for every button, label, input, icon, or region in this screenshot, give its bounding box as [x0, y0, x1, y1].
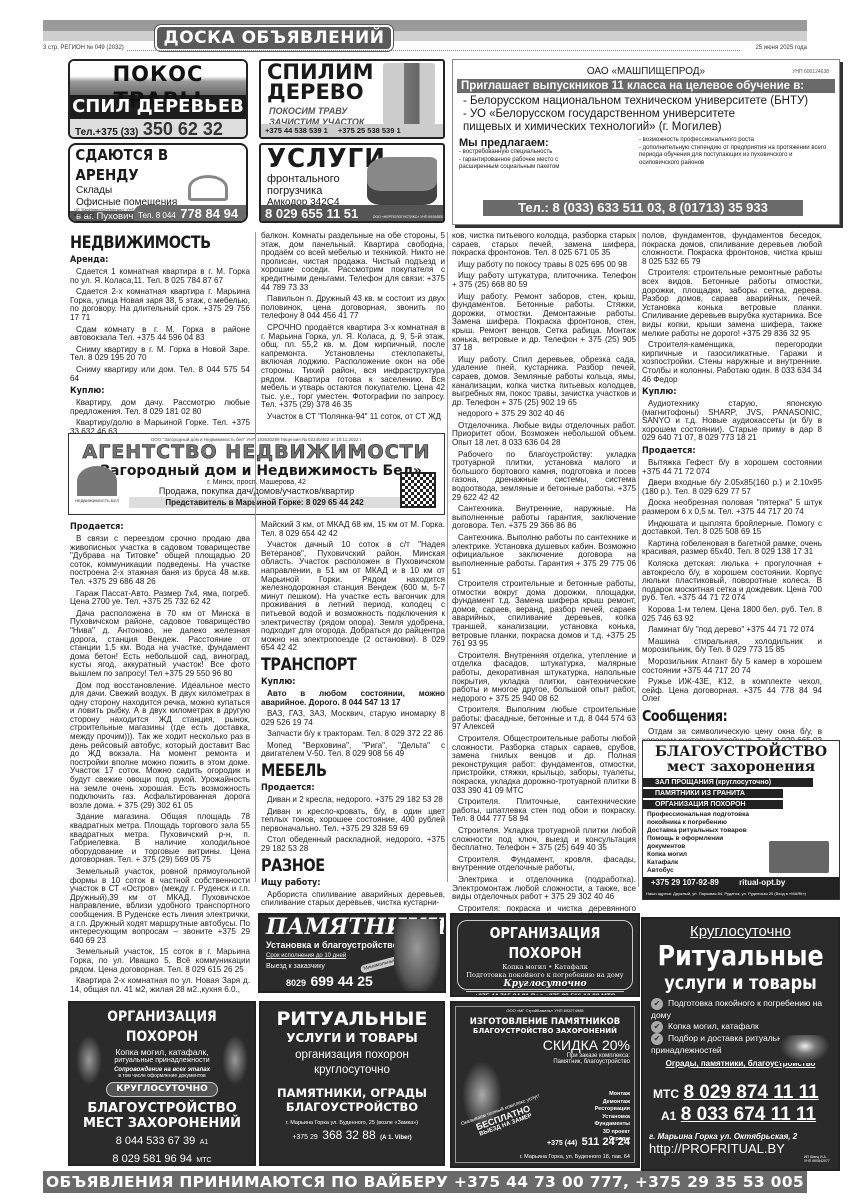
ad-rit2-phone2-row: А1 8 033 674 11 11	[643, 1104, 838, 1126]
listing: Диван и 2 кресла, недорого. +375 29 182 …	[261, 796, 445, 805]
ad-rit2-item: Подготовка покойного к погребению на дом…	[651, 998, 830, 1021]
listing: Строителя. Общестроительные работы любой…	[452, 735, 636, 795]
ad-uslugi-phone: 8 029 655 11 51	[265, 206, 358, 221]
subsection-prodaetsya: Продается:	[261, 783, 427, 794]
ad-op2-phone1: 8 044 533 67 39	[116, 1135, 196, 1147]
listing: Запчасти б/у к тракторам. Тел. 8 029 372…	[261, 730, 445, 739]
column-divider	[447, 232, 448, 882]
column-1-bottom: Продается: В связи с переездом срочно пр…	[70, 521, 250, 997]
ad-op1-phones: +375 44 715 84 91 Вел +375 29 566 12 98 …	[466, 991, 624, 997]
listing: ВАЗ, ГАЗ, ЗАЗ, Москвич, старую иномарку …	[261, 710, 445, 727]
listing: Строителя. Выполним любые строительные р…	[452, 706, 636, 732]
ad-op2-badge: КРУГЛОСУТОЧНО	[106, 1082, 218, 1097]
ad-izg-phone: 511 24 24	[582, 1136, 630, 1148]
ad-op2-title2a: БЛАГОУСТРОЙСТВО	[70, 1101, 254, 1116]
ad-blag-address: Наши адреса: Дружный, ул. Парковая 84, Р…	[643, 889, 839, 899]
ad-izg-service: Фундаменты	[595, 1121, 630, 1129]
ad-op2-op1: А1	[200, 1139, 209, 1146]
subsection-kuplyu: Куплю:	[642, 387, 804, 398]
listing: Диван и кресло-кровать, б/у, в один цвет…	[261, 808, 445, 834]
ad-mash-offer-left-1: - гарантированное рабочее место с расшир…	[459, 157, 589, 172]
listing: Павильон п. Дружный 43 кв. м состоит из …	[261, 295, 445, 321]
listing: Дача расположена в 70 км от Минска в Пух…	[70, 610, 250, 679]
ad-rit2-top: Круглосуточно	[643, 923, 838, 940]
ad-pamyatniki-phone: 699 44 25	[310, 973, 372, 989]
ad-blag-item: Автобус	[647, 867, 759, 875]
ad-pokos-line2: СПИЛ ДЕРЕВЬЕВ	[70, 95, 246, 119]
listing: Сдается 2-х комнатная квартира г. Марьин…	[70, 288, 250, 322]
ad-rit2-op1: МТС	[653, 1087, 679, 1101]
ad-organizaciya-pohoron-2: ОРГАНИЗАЦИЯ ПОХОРОН Копка могил, катафал…	[68, 1001, 256, 1166]
issue-label: 3 стр. РЕГИОН № 049 (2032)	[43, 45, 126, 51]
listing: Здание магазина. Общая площадь 78 квадра…	[70, 813, 250, 865]
listing: Строителя. Укладка тротуарной плитки люб…	[452, 827, 636, 853]
column-divider	[255, 232, 256, 882]
listing: Отделочника. Любые виды отделочных работ…	[452, 422, 636, 448]
listing: ков, чистка питьевого колодца, разборка …	[452, 232, 636, 258]
listing: Сниму квартиру в г. М. Горка в Новой Зар…	[70, 346, 250, 363]
listing: Ищу работу. Ремонт заборов, стен, крыш, …	[452, 293, 636, 353]
ad-rit2-item: Копка могил, катафалк	[651, 1021, 830, 1033]
candle-image	[780, 1035, 830, 1063]
listing: Строителя строительные и бетонные работы…	[452, 580, 636, 649]
ad-arenda: СДАЮТСЯ В АРЕНДУ Склады Офисные помещени…	[68, 143, 248, 223]
ad-blag-band3: ОРГАНИЗАЦИЯ ПОХОРОН	[643, 800, 783, 809]
section-title-mebel: МЕБЕЛЬ	[261, 762, 417, 781]
ad-uslugi-line2: погрузчика	[267, 185, 322, 197]
ad-rit1-line3: ПАМЯТНИКИ, ОГРАДЫ	[261, 1086, 443, 1100]
listing: Сниму квартиру или дом. Тел. 8 044 575 5…	[70, 366, 250, 383]
keys-icon	[188, 175, 228, 201]
listing: Участок дачный 10 соток в с/т "Надея Вет…	[261, 541, 445, 653]
ad-rit2-phone1: 8 029 874 11 11	[683, 1082, 818, 1103]
issue-date: 25 июня 2025 года	[753, 45, 807, 51]
ad-izg-phone-prefix: +375 (44)	[547, 1140, 577, 1147]
ad-spilim-phone2: +375 25 538 539 1	[338, 126, 401, 135]
ad-ritualnye-2: Круглосуточно Ритуальные услуги и товары…	[641, 917, 840, 1171]
page-title: ДОСКА ОБЪЯВЛЕНИЙ	[155, 25, 393, 51]
ad-pamyatniki: ПАМЯТНИКИ Установка и благоустройство Ср…	[258, 913, 446, 993]
ad-rit1-sub: УСЛУГИ И ТОВАРЫ	[261, 1031, 443, 1045]
ad-op2-phone2-row: 8 029 581 96 94 МТС	[70, 1149, 254, 1166]
angel-right-image	[222, 1035, 248, 1085]
listing: Ищу работу штукатура, плиточника. Телефо…	[452, 272, 636, 289]
footer-banner: ОБЪЯВЛЕНИЯ ПРИНИМАЮТСЯ ПО ВАЙБЕРУ +375 4…	[43, 1171, 807, 1193]
ad-op1-title: ОРГАНИЗАЦИЯ ПОХОРОН	[466, 923, 624, 963]
subsection-prodaetsya: Продается:	[642, 446, 804, 457]
ad-izg-service: Ресторвация	[595, 1106, 630, 1114]
ad-rit2-title: Ритуальные	[658, 940, 824, 972]
ad-izg-service: Монтаж	[595, 1091, 630, 1099]
ad-ritualnye-1: РИТУАЛЬНЫЕ УСЛУГИ И ТОВАРЫ организация п…	[259, 1001, 445, 1166]
ad-rit1-phone-suffix: (А 1. Viber)	[380, 1135, 412, 1141]
section-title-raznoe: РАЗНОЕ	[261, 857, 417, 876]
ad-rit2-unp: ИП Швец И.А. УНП 690842077	[804, 1155, 834, 1163]
column-4: полов, фундаментов, фундаментов беседок,…	[642, 232, 822, 777]
ad-spilim-phones: +375 44 538 539 1 +375 25 538 539 1	[261, 124, 443, 137]
ad-blag-items: Профессиональная подготовка покойника к …	[643, 809, 763, 877]
listing: В связи с переездом срочно продаю два жи…	[70, 535, 250, 587]
ad-blag-band1: ЗАЛ ПРОЩАНИЯ (круглосуточно)	[643, 778, 813, 787]
listing: недорого + 375 29 302 40 46	[452, 410, 636, 419]
column-divider	[638, 232, 639, 887]
ad-pokos-phone: 350 62 32	[143, 119, 223, 139]
ad-op2-title: ОРГАНИЗАЦИЯ ПОХОРОН	[79, 1007, 245, 1047]
ad-agency-address: г. Минск, просп. Машерова, 42	[69, 479, 444, 486]
angel-image	[394, 919, 440, 991]
ad-rit1-line2: круглосуточно	[261, 1063, 443, 1078]
ad-spilim-line2: ДЕРЕВО	[267, 81, 364, 103]
ad-blag-site: ritual-opt.by	[739, 878, 785, 887]
ad-rit2-site: http://PROFRITUAL.BY	[643, 1141, 838, 1156]
listing: Майский 3 км, от МКАД 68 км, 15 км от М.…	[261, 521, 445, 538]
listing: Стол обеденный раскладной, недорого. +37…	[261, 836, 445, 853]
listing: Сдам комнату в г. М. Горка в районе авто…	[70, 326, 250, 343]
listing: Квартиру, дом дачу. Рассмотрю любые пред…	[70, 399, 250, 416]
ad-pokos-phone-prefix: Тел.+375 (33)	[75, 127, 138, 138]
ad-blag-band2: ПАМЯТНИКИ ИЗ ГРАНИТА	[643, 789, 783, 798]
listing: Корова 1-м телем. Цена 1800 бел. руб. Те…	[642, 606, 822, 623]
ad-spilim-line3: ПОКОСИМ ТРАВУ	[269, 106, 347, 116]
column-1-top: НЕДВИЖИМОСТЬ Аренда: Сдается 1 комнатная…	[70, 232, 250, 440]
ad-mash-company: ОАО «МАШПИЩЕПРОД»	[453, 66, 839, 77]
listing: Вытяжка Гефест б/у в хорошем состоянии +…	[642, 459, 822, 476]
ad-agency-services: Продажа, покупка дач/домов/участков/квар…	[69, 486, 444, 496]
ad-uslugi-phone-row: 8 029 655 11 51 ООО «НЕРПОЛОГИСТИКС» УНП…	[261, 205, 443, 221]
ad-mash-offers-right: - возможность профессионального роста - …	[639, 137, 829, 172]
house-logo-icon	[77, 466, 117, 496]
ad-arenda-company: ЧП "БелИнвестОптМеталл" УНП 691075503	[74, 207, 136, 217]
listing: Сантехника. Выполню работы по сантехнике…	[452, 534, 636, 577]
ad-agency-logo-text: НЕДВИЖИМОСТЬ БЕЛ	[73, 498, 121, 503]
ad-pamyatniki-phone-prefix: 8029	[286, 978, 306, 988]
ad-mash-offer-right-1: - дополнительную стипендию от предприяти…	[639, 145, 829, 168]
listing: Гараж Пассат-Авто. Размер 7х4, яма, погр…	[70, 590, 250, 607]
listing: полов, фундаментов, фундаментов беседок,…	[642, 232, 822, 266]
ad-blag-title1: БЛАГОУСТРОЙСТВО	[643, 745, 839, 760]
listing: Строителя. Внутренняя отделка, утепление…	[452, 652, 636, 704]
listing: балкон. Комнаты раздельные на обе сторон…	[261, 232, 445, 292]
listing: Ищу работу по покосу травы 8 025 695 00 …	[452, 261, 636, 270]
listing: Строителя. Фундамент, кровля, фасады, вн…	[452, 856, 636, 873]
ad-arenda-phone-row: Тел. 8 044 778 84 94	[134, 205, 246, 221]
listing: Ламинат б/у "под дерево" +375 44 71 72 0…	[642, 626, 822, 635]
ad-rit1-line1: организация похорон	[261, 1048, 443, 1063]
listing: Земельный участок, 15 соток в г. Марьина…	[70, 948, 250, 974]
ad-uslugi-pogruzchik: УСЛУГИ фронтального погрузчика Амкодор 3…	[259, 143, 445, 223]
ad-spilim-derevo: СПИЛИМ ДЕРЕВО ПОКОСИМ ТРАВУ ЗАЧИСТИМ УЧА…	[259, 59, 445, 139]
ad-izg-service: Демонтаж	[595, 1099, 630, 1107]
qr-code-icon	[400, 472, 436, 508]
ad-arenda-phone-prefix: Тел. 8 044	[138, 211, 176, 220]
ad-mash-offers-left: Мы предлагаем: - востребованную специаль…	[459, 137, 639, 172]
listing: Строителя-каменщика, перегородки кирпичн…	[642, 341, 822, 384]
listing: Машина стиральная, холодильник и морозил…	[642, 638, 822, 655]
ad-mash-offer-left-0: - востребованную специальность	[459, 149, 639, 157]
listing: Индюшата и цыплята бройлерные. Помогу с …	[642, 520, 822, 537]
ad-rit2-address: г. Марьина Горка ул. Октябрьская, 2	[643, 1132, 838, 1141]
ad-mash-uni1: - Белорусском национальном техническом у…	[453, 95, 839, 108]
ad-izg-service: Установка	[595, 1114, 630, 1122]
ad-mash-unp: УНП 600124638	[792, 69, 829, 75]
listing: Двери входные б/у 2.05х85(160 р.) и 2.10…	[642, 479, 822, 496]
ad-agency-nedvizhimosti: ООО "Загородный дом и Недвижимость бел" …	[68, 433, 445, 515]
listing: Земельный участок, ровной прямоугольной …	[70, 868, 250, 945]
ad-blag-item: Помощь в оформлении документов	[647, 835, 759, 851]
ad-rit1-phone: 368 32 88	[322, 1128, 375, 1142]
subsection-arenda: Аренда:	[70, 255, 232, 266]
listing: Участок в СТ "Полянка-94" 11 соток, от С…	[261, 413, 445, 422]
column-3: ков, чистка питьевого колодца, разборка …	[452, 232, 636, 934]
ad-mash-offers: Мы предлагаем: - востребованную специаль…	[453, 134, 839, 172]
loader-image	[367, 157, 437, 205]
ad-op2-phone1-row: 8 044 533 67 39 А1	[70, 1131, 254, 1149]
ad-rit1-phone-prefix: +375 29	[292, 1134, 318, 1141]
ad-pokos-phone-row: Тел.+375 (33) 350 62 32	[70, 119, 246, 139]
ad-arenda-phone: 778 84 94	[180, 206, 238, 221]
ad-blagoustroystvo: БЛАГОУСТРОЙСТВО мест захоронения ЗАЛ ПРО…	[642, 740, 840, 900]
ad-izgotovlenie-pamyatnikov: ООО «МГ СтройКамень» УНП 692274985 ИЗГОТ…	[450, 1001, 640, 1168]
column-2-top: балкон. Комнаты раздельные на обе сторон…	[261, 232, 445, 424]
listing: Ищу работу. Спил деревьев, обрезка сада,…	[452, 356, 636, 408]
ad-organizaciya-pohoron-1: ОРГАНИЗАЦИЯ ПОХОРОН Копка могил • Катафа…	[450, 913, 640, 997]
ad-pokos-travy: ПОКОС ТРАВЫ СПИЛ ДЕРЕВЬЕВ Тел.+375 (33) …	[68, 59, 248, 139]
ad-rit2-phone1-row: МТС 8 029 874 11 11	[643, 1082, 838, 1104]
ad-mash-headline: Приглашает выпускников 11 класса на целе…	[457, 79, 835, 93]
ad-rit2-op2: А1	[661, 1109, 676, 1123]
ad-mash-phones: Тел.: 8 (033) 633 511 03, 8 (01713) 35 9…	[483, 200, 803, 216]
ad-uslugi-line1: фронтального	[267, 173, 340, 185]
ad-mashpishcheprod: ОАО «МАШПИЩЕПРОД» УНП 600124638 Приглаша…	[452, 59, 840, 225]
ad-blag-item: Копка могил	[647, 851, 759, 859]
listing: Рабочего по благоустройству: укладка тро…	[452, 451, 636, 503]
ad-blag-item: Катафалк	[647, 859, 759, 867]
ad-agency-name: «Загородный дом и Недвижимость Бел»	[69, 463, 444, 479]
subsection-kuplyu: Куплю:	[70, 386, 232, 397]
listing: Электрика и отделочника (подработка). Эл…	[452, 876, 636, 902]
ad-blag-phone-row: +375 29 107-92-89 ritual-opt.by	[643, 877, 839, 889]
ad-blag-title2: мест захоронения	[643, 760, 839, 775]
ad-uslugi-company: ООО «НЕРПОЛОГИСТИКС» УНП 691548356	[373, 215, 445, 219]
listing: Коляска детская: люлька + прогулочная + …	[642, 560, 822, 603]
ad-rit1-line4: БЛАГОУСТРОЙСТВО	[261, 1100, 443, 1114]
ad-mash-uni2: - УО «Белорусском государственном универ…	[453, 108, 839, 121]
ad-rit2-phone2: 8 033 674 11 11	[681, 1104, 816, 1125]
listing: Арбориста спиливание аварийных деревьев,…	[261, 891, 445, 908]
listing: Квартира 2-х комнатная по ул. Новая Заря…	[70, 977, 250, 994]
ad-rit1-phone-row: +375 29 368 32 88 (А 1. Viber)	[261, 1126, 443, 1144]
listing: Мопед "Верховина", "Рига", "Дельта" с дв…	[261, 742, 445, 759]
angel-left-image	[76, 1035, 102, 1085]
section-title-soobshcheniya: Сообщения:	[642, 707, 795, 726]
listing: Ружье ИЖ-43Е, К12, в комплекте чехол, се…	[642, 678, 822, 704]
listing: Сантехника. Внутренние, наружные. На вып…	[452, 505, 636, 531]
listing: СРОЧНО продаётся квартира 3-х комнатная …	[261, 324, 445, 410]
section-title-transport: ТРАНСПОРТ	[261, 656, 417, 675]
ad-mash-offer-title: Мы предлагаем:	[459, 137, 639, 149]
listing: Строителя: строительные ремонтные работы…	[642, 269, 822, 338]
ad-pokos-line1: ПОКОС ТРАВЫ	[70, 61, 246, 95]
subsection-kuplyu: Куплю:	[261, 677, 427, 688]
listing: Картина гобеленовая в багетной рамке, оч…	[642, 540, 822, 557]
ad-blag-phone: +375 29 107-92-89	[651, 878, 719, 887]
listing: Аудиотехнику старую, японскую (магнитофо…	[642, 400, 822, 443]
ad-spilim-phone1: +375 44 538 539 1	[265, 126, 328, 135]
grave-monument-image	[769, 841, 829, 873]
section-title-nedvizhimost: НЕДВИЖИМОСТЬ	[70, 234, 223, 253]
subsection-ishu-rabotu: Ищу работу:	[261, 878, 427, 889]
ad-agency-title: АГЕНТСТВО НЕДВИЖИМОСТИ	[69, 442, 444, 463]
ad-mash-offer-right-0: - возможность профессионального роста	[639, 137, 829, 145]
listing: Доска необрезная половая "пятерка" 5 шту…	[642, 499, 822, 516]
ad-izg-phone-row: +375 (44) 511 24 24	[547, 1132, 630, 1150]
column-2-bottom: Майский 3 км, от МКАД 68 км, 15 км от М.…	[261, 521, 445, 911]
ad-op2-op2: МТС	[196, 1157, 211, 1164]
ad-blag-item: Профессиональная подготовка покойника к …	[647, 811, 759, 827]
ad-blag-item: Доставка ритуальных товаров	[647, 827, 759, 835]
ad-rit1-title: РИТУАЛЬНЫЕ	[261, 1007, 443, 1031]
ad-izg-address: г. Марьина Горка, ул. Буденного 18, пав.…	[520, 1154, 630, 1160]
ad-rit2-sub: услуги и товары	[658, 972, 824, 994]
listing: Дом под восстановление. Идеальное место …	[70, 682, 250, 811]
subsection-prodaetsya: Продается:	[70, 522, 232, 533]
tree-climber-image	[383, 63, 435, 125]
ad-mash-uni2b: пищевых и химических технологий» (г. Мог…	[453, 121, 839, 134]
header-divider	[100, 50, 740, 51]
ad-op2-phone2: 8 029 581 96 94	[112, 1153, 192, 1165]
listing: Авто в любом состоянии, можно аварийное.…	[261, 690, 445, 707]
listing: Морозильник Атлант б/у 5 камер в хорошем…	[642, 658, 822, 675]
listing: Сдается 1 комнатная квартира в г. М. Гор…	[70, 268, 250, 285]
ad-agency-rep: Представитель в Марьиной Горке: 8 029 65…	[129, 497, 400, 508]
listing: Строителя. Плиточные, сантехнические раб…	[452, 798, 636, 824]
ad-op2-title2b: МЕСТ ЗАХОРОНЕНИЙ	[70, 1116, 254, 1131]
